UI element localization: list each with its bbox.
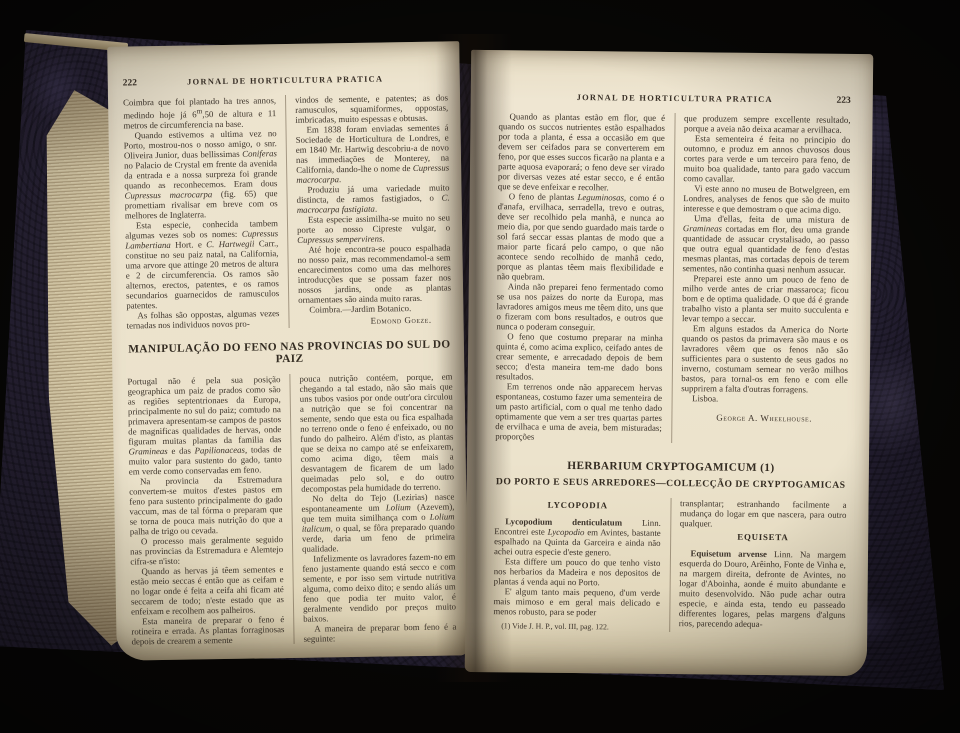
paragraph: Em alguns estados da America do Norte qu…	[681, 323, 848, 395]
paragraph: Esta especie assimilha-se muito no seu p…	[297, 212, 450, 244]
paragraph: Ainda não preparei feno fermentado como …	[496, 281, 663, 333]
article2-columns: Portugal não é pela sua posição geograph…	[127, 371, 456, 646]
paragraph: Uma d'ellas, feita de uma mistura de Gra…	[682, 213, 849, 275]
signature-place: Lisboa.	[681, 393, 848, 405]
right-page-header: JORNAL DE HORTICULTURA PRATICA 223	[499, 92, 851, 106]
page-number-left: 222	[123, 78, 167, 89]
article2-column-1: Portugal não é pela sua posição geograph…	[127, 374, 284, 646]
paragraph: Quando as plantas estão em flor, que é q…	[498, 111, 665, 193]
article1-column-1: Coimbra que foi plantado ha tres annos, …	[123, 95, 280, 330]
paragraph: O feno que costumo preparar na minha qui…	[496, 331, 663, 383]
paragraph: Esta differe um pouco do que tenho visto…	[494, 556, 661, 588]
photo-background: 222 JORNAL DE HORTICULTURA PRATICA Coimb…	[0, 0, 960, 733]
article1-column-2: vindos de semente, e patentes; as dos ra…	[285, 92, 452, 327]
article3-subtitle: DO PORTO E SEUS ARREDORES—COLLECÇÃO DE C…	[495, 476, 847, 491]
left-page-header: 222 JORNAL DE HORTICULTURA PRATICA	[123, 73, 448, 88]
paragraph: transplantar; estranhando facilmente a m…	[680, 498, 847, 530]
paragraph: E' algum tanto mais pequeno, d'um verde …	[493, 586, 660, 618]
article3-title: HERBARIUM CRYPTOGAMICUM (1)	[495, 459, 847, 475]
signature-name: Edmond Goeze.	[298, 314, 451, 326]
paragraph: Em 1838 foram enviadas sementes á Socied…	[295, 122, 449, 184]
paragraph: Quando estivemos a ultima vez no Porto, …	[124, 128, 278, 220]
paragraph: Esta sementeira é feita no principio do …	[683, 133, 850, 185]
page-number-right: 223	[807, 95, 851, 105]
article2-cont-columns: Quando as plantas estão em flor, que é q…	[495, 111, 850, 445]
paragraph: Equisetum arvense Linn. Na margem esquer…	[679, 548, 846, 630]
paragraph: Infelizmente os lavradores fazem-no em f…	[302, 551, 456, 623]
paragraph: que produzem sempre excellente resultado…	[684, 113, 851, 135]
paragraph: Preparei este anno um pouco de feno de m…	[682, 273, 849, 325]
article1-columns: Coimbra que foi plantado ha tres annos, …	[123, 92, 452, 330]
article2-cont-column-1: Quando as plantas estão em flor, que é q…	[495, 111, 665, 443]
article2-column-2: pouca nutrição contéem, porque, em chega…	[289, 371, 456, 644]
paragraph: As folhas são oppostas, algumas vezes te…	[126, 308, 279, 330]
article2-cont-column-2: que produzem sempre excellente resultado…	[671, 113, 851, 445]
article3-column-1: LYCOPODIA Lycopodium denticulatum Linn. …	[493, 496, 661, 632]
article2-title: MANIPULAÇÃO DO FENO NAS PROVINCIAS DO SU…	[127, 338, 452, 367]
paragraph: O feno de plantas Leguminosas, como é o …	[497, 191, 664, 283]
right-page: JORNAL DE HORTICULTURA PRATICA 223 Quand…	[465, 50, 873, 676]
paragraph: O processo mais geralmente seguido nas p…	[130, 534, 283, 566]
paragraph: Coimbra que foi plantado ha tres annos, …	[123, 95, 276, 130]
paragraph: Lycopodium denticulatum Linn. Encontrei …	[494, 516, 661, 558]
header-spacer	[404, 80, 448, 81]
paragraph: Portugal não é pela sua posição geograph…	[127, 374, 282, 476]
paragraph: No delta do Tejo (Lezirias) nasce espont…	[301, 491, 455, 553]
paragraph: Esta maneira de preparar o feno é rotine…	[131, 614, 284, 646]
article3-column-2: transplantar; estranhando facilmente a m…	[669, 498, 847, 634]
signature-name: George A. Wheelhouse.	[681, 412, 848, 424]
paragraph: Em terrenos onde não apparecem hervas es…	[495, 381, 662, 443]
paragraph: Esta especie, conhecida tambem algumas v…	[125, 218, 279, 310]
article3-columns: LYCOPODIA Lycopodium denticulatum Linn. …	[493, 496, 846, 634]
paragraph: Na provincia da Estremadura convertem-se…	[129, 474, 283, 536]
paragraph: Quando as hervas já têem sementes e estã…	[130, 564, 284, 616]
section-heading-equiseta: EQUISETA	[680, 531, 847, 543]
paragraph: vindos de semente, e patentes; as dos ra…	[295, 92, 448, 124]
running-title-right: JORNAL DE HORTICULTURA PRATICA	[543, 93, 807, 105]
paragraph: A maneira de preparar bom feno é a segui…	[303, 621, 456, 643]
paragraph: pouca nutrição contéem, porque, em chega…	[299, 371, 454, 493]
signature-place: Coimbra.—Jardim Botanico.	[298, 302, 451, 314]
section-heading-lycopodia: LYCOPODIA	[494, 499, 661, 511]
paragraph: Produziu já uma variedade muito distinct…	[296, 182, 449, 214]
running-title-left: JORNAL DE HORTICULTURA PRATICA	[167, 74, 404, 87]
paragraph: Até hoje encontra-se pouco espalhada no …	[297, 242, 451, 304]
footnote: (1) Vide J. H. P., vol. III, pag. 122.	[493, 621, 660, 632]
paragraph: Vi este anno no museu de Botwelgreen, em…	[683, 183, 850, 215]
left-page: 222 JORNAL DE HORTICULTURA PRATICA Coimb…	[107, 41, 469, 660]
